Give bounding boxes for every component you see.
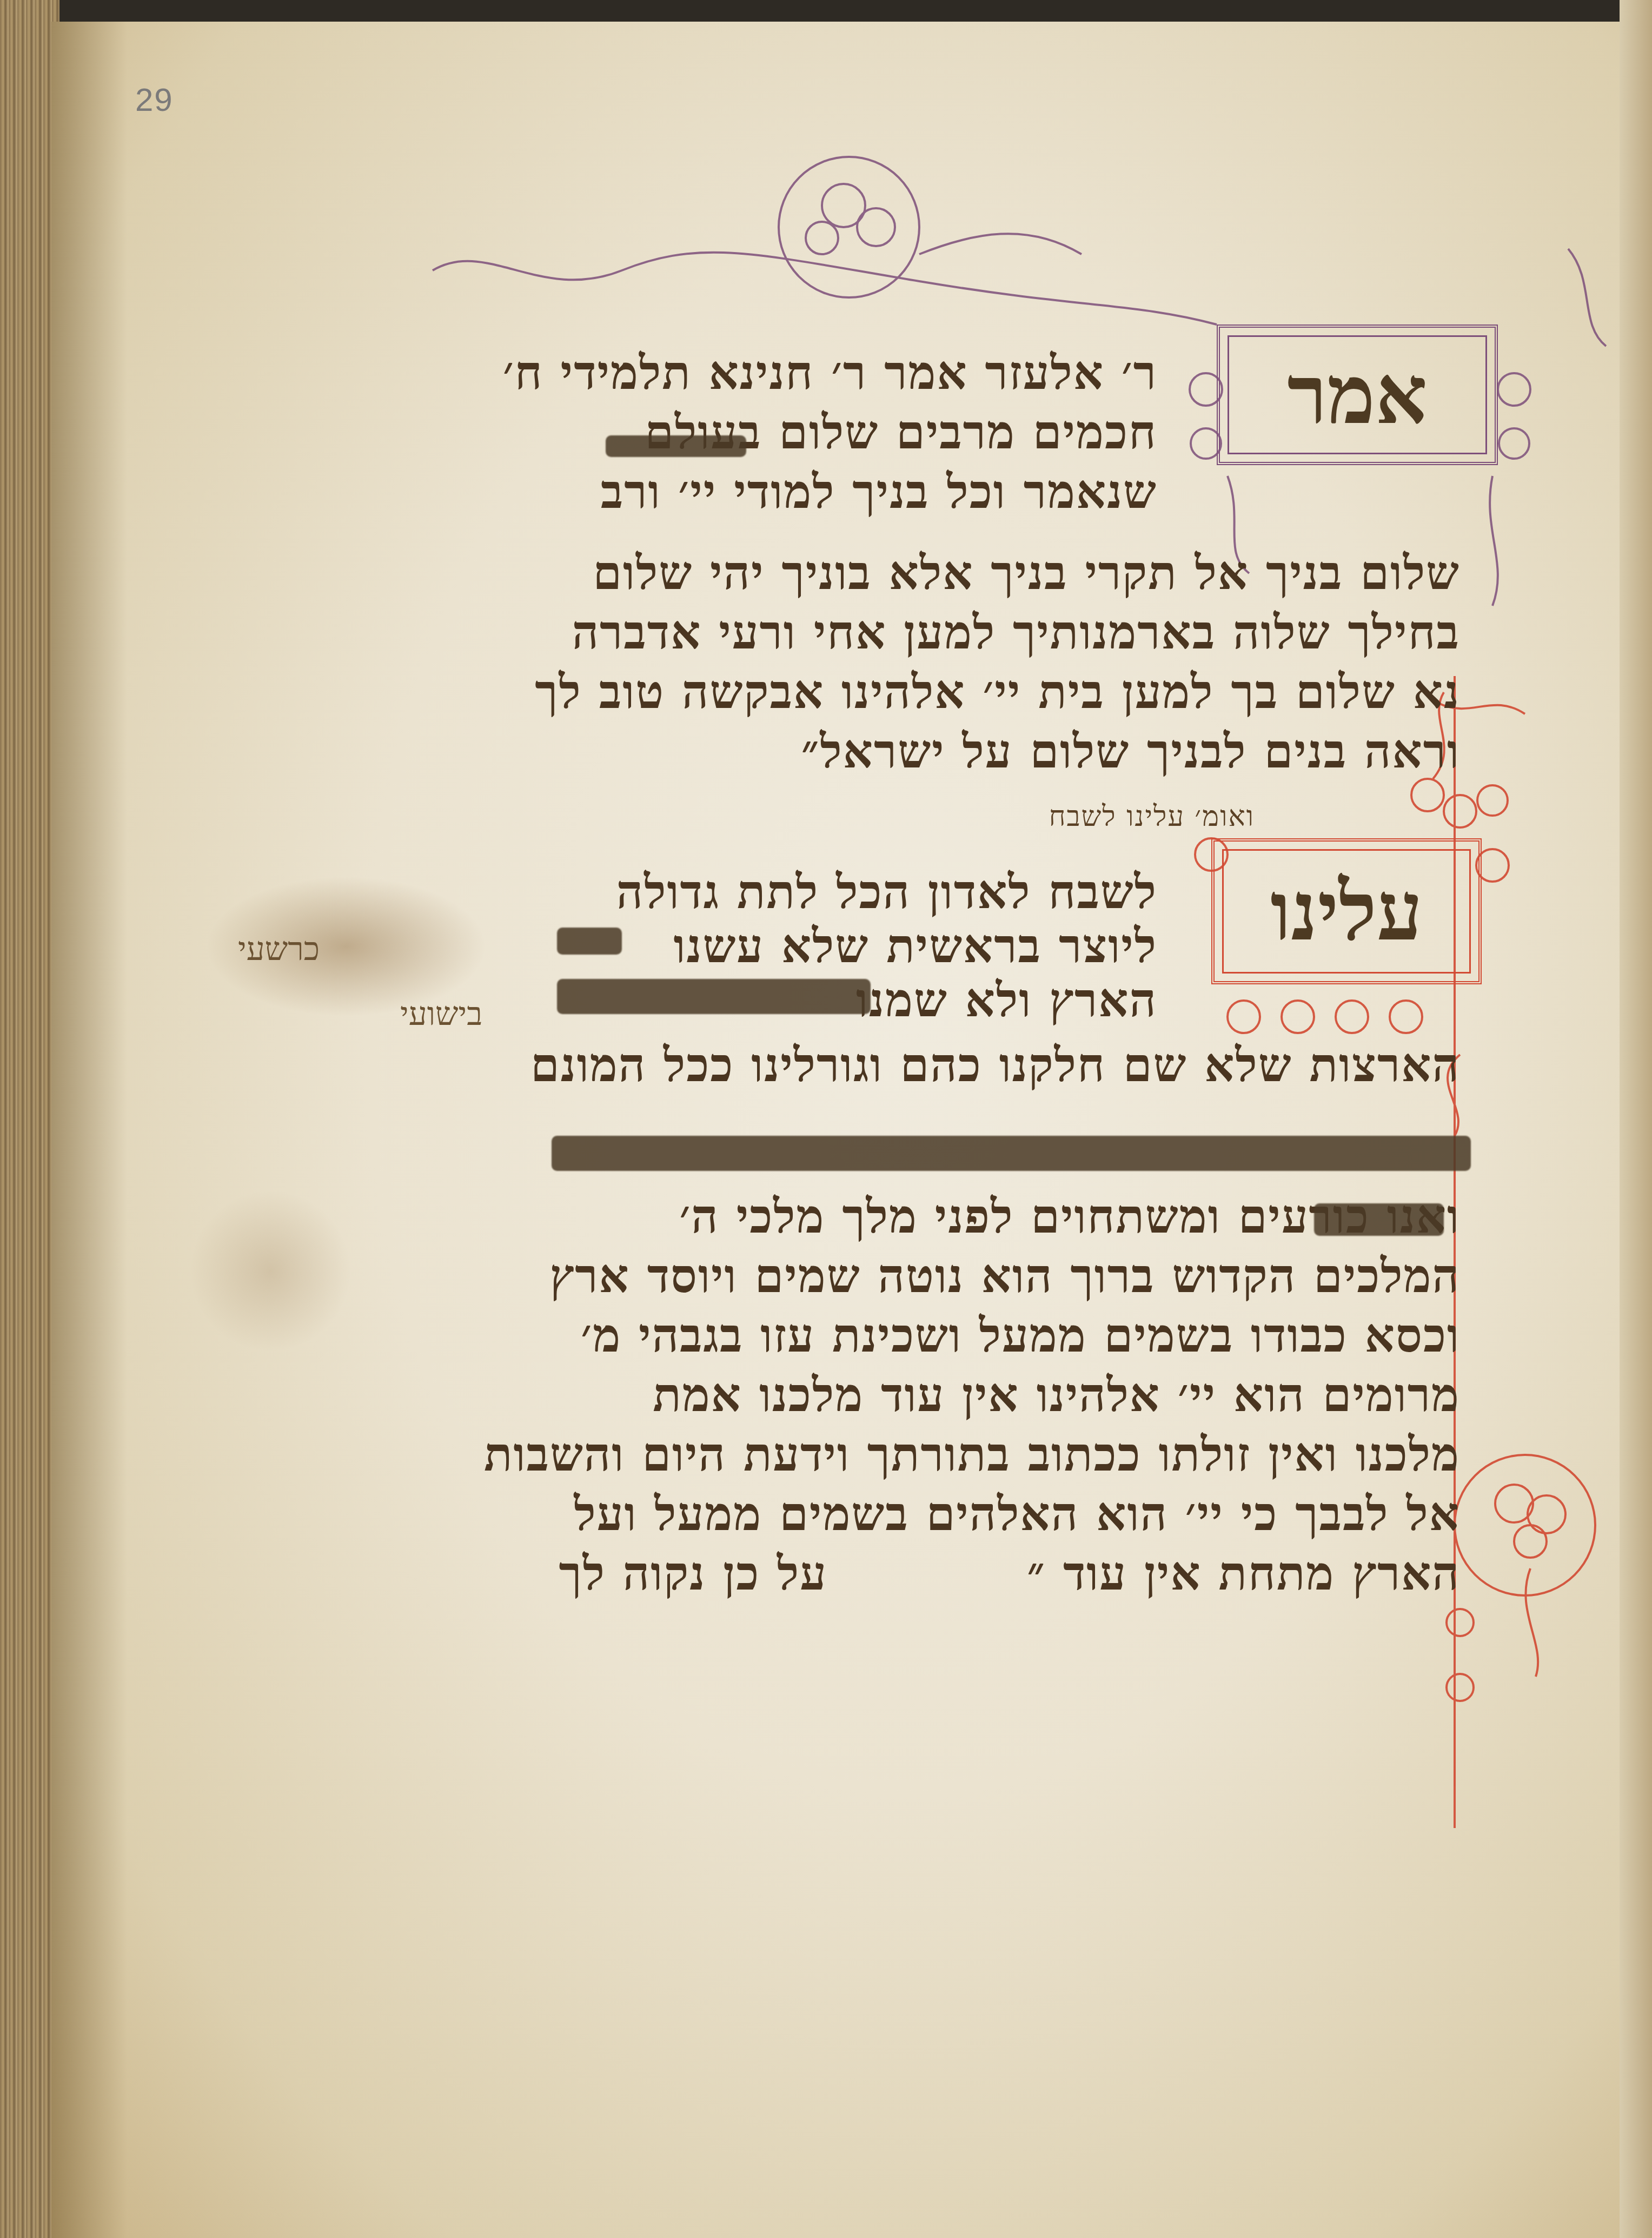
text-line: ר׳ אלעזר אמר ר׳ חנינא תלמידי ח׳ — [503, 346, 1157, 400]
text-line: וכסא כבודו בשמים ממעל ושכינת עזו בגבהי מ… — [581, 1309, 1460, 1363]
text-line: מלכנו ואין זולתו ככתוב בתורתך וידעת היום… — [484, 1428, 1460, 1482]
initial-word-alenu: עלינו — [1270, 864, 1423, 959]
text-line: הארצות שלא שם חלקנו כהם וגורלינו ככל המו… — [530, 1038, 1460, 1092]
text-line: אל לבבך כי יי׳ הוא האלהים בשמים ממעל ועל — [574, 1487, 1460, 1541]
text-line: נא שלום בך למען בית יי׳ אלהינו אבקשה טוב… — [535, 665, 1460, 719]
text-line: הארץ מתחת אין עוד ״ — [1027, 1547, 1460, 1601]
ink-erasure — [606, 435, 746, 457]
ink-erasure — [552, 1136, 1471, 1171]
text-line: בחילך שלוה בארמנותיך למען אחי ורעי אדברה — [572, 606, 1460, 660]
text-line: מרומים הוא יי׳ אלהינו אין עוד מלכנו אמת — [653, 1368, 1460, 1422]
ink-erasure — [557, 979, 871, 1014]
ink-erasure — [557, 928, 622, 955]
initial-word-amar: אמר — [1288, 347, 1428, 442]
initial-word-panel-alenu: עלינו — [1211, 838, 1482, 984]
catchword: על כן נקוה לך — [559, 1547, 827, 1601]
text-line: המלכים הקדוש ברוך הוא נוטה שמים ויוסד אר… — [550, 1249, 1460, 1303]
text-line: שנאמר וכל בניך למודי יי׳ ורב — [601, 465, 1157, 519]
margin-note: בישועי — [400, 995, 482, 1033]
text-line: ליוצר בראשית שלא עשנו — [673, 919, 1157, 974]
text-line: שלום בניך אל תקרי בניך אלא בוניך יהי שלו… — [593, 546, 1460, 600]
margin-note: כרשעי — [238, 930, 320, 968]
ink-erasure — [1314, 1203, 1444, 1236]
text-line: וראה בנים לבניך שלום על ישראל״ — [801, 725, 1460, 779]
rubric-line: ואומ׳ עלינו לשבח — [1049, 790, 1255, 844]
text-line: הארץ ולא שמנו — [856, 974, 1157, 1028]
initial-word-panel-amar: אמר — [1217, 325, 1498, 465]
text-line: לשבח לאדון הכל לתת גדולה — [616, 865, 1157, 919]
